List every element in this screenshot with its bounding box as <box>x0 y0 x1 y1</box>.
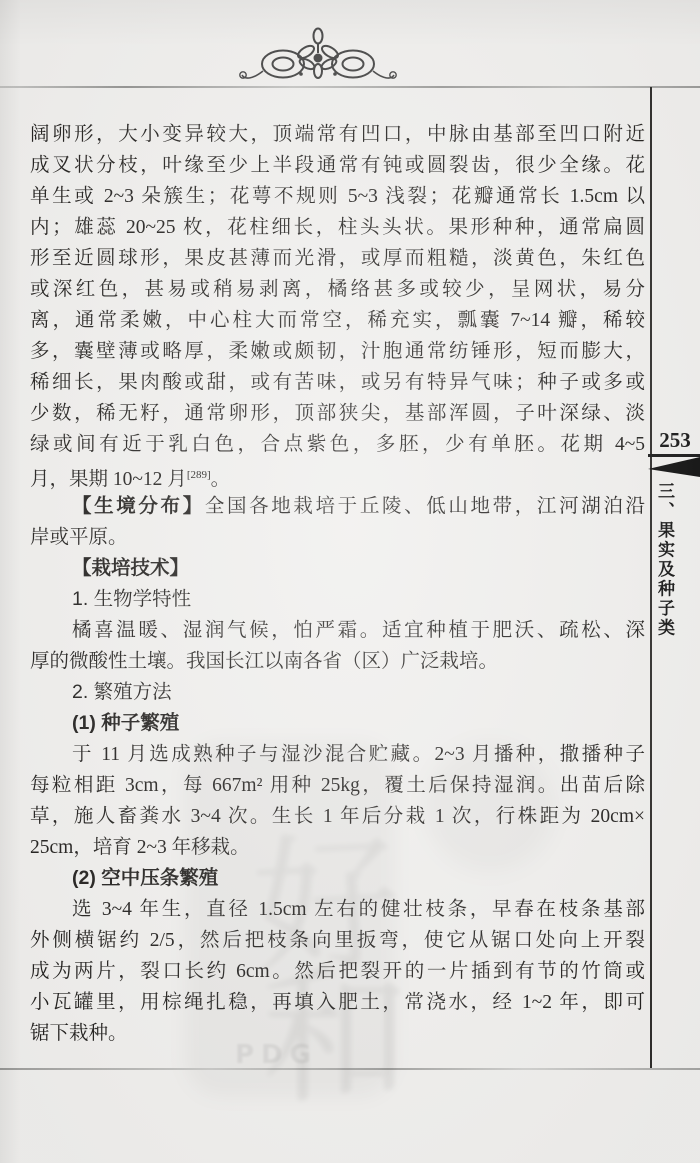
text-line: (2) 空中压条繁殖 <box>30 863 645 894</box>
text-line: 多，囊壁薄或略厚，柔嫩或颇韧，汁胞通常纺锤形，短而膨大， <box>30 336 645 367</box>
body-text: 。 <box>211 469 231 490</box>
text-line: 或深红色，甚易或稍易剥离，橘络甚多或较少，呈网状，易分 <box>30 274 645 305</box>
body-text: 月，果期 10~12 月 <box>30 469 187 490</box>
text-line: 于 11 月选成熟种子与湿沙混合贮藏。2~3 月播种，撒播种子 <box>30 739 645 770</box>
body-text: 岸或平原。 <box>30 527 128 548</box>
body-text: 形至近圆球形，果皮甚薄而光滑，或厚而粗糙，淡黄色，朱红色 <box>30 248 645 269</box>
text-line: 25cm，培育 2~3 年移栽。 <box>30 832 645 863</box>
body-text: 锯下栽种。 <box>30 1023 128 1044</box>
fleuron-ornament-icon <box>233 26 403 88</box>
body-text: 离，通常柔嫩，中心柱大而常空，稀充实，瓢囊 7~14 瓣，稀较 <box>30 310 645 331</box>
text-line: 离，通常柔嫩，中心柱大而常空，稀充实，瓢囊 7~14 瓣，稀较 <box>30 305 645 336</box>
text-line: (1) 种子繁殖 <box>30 708 645 739</box>
section-tab-wedge-icon <box>648 457 700 478</box>
text-line: 【生境分布】全国各地栽培于丘陵、低山地带，江河湖泊沿 <box>30 491 645 522</box>
text-line: 月，果期 10~12 月[289]。 <box>30 460 645 491</box>
body-text: 或深红色，甚易或稍易剥离，橘络甚多或较少，呈网状，易分 <box>30 279 645 300</box>
heading-text: 2. 繁殖方法 <box>72 681 172 703</box>
text-line: 锯下栽种。 <box>30 1018 645 1049</box>
body-text: 外侧横锯约 2/5，然后把枝条向里扳弯，使它从锯口处向上开裂 <box>30 930 645 951</box>
text-line: 【栽培技术】 <box>30 553 645 584</box>
body-text: 小瓦罐里，用棕绳扎稳，再填入肥土，常浇水，经 1~2 年，即可 <box>30 992 645 1013</box>
body-text: 每粒相距 3cm，每 667m² 用种 25kg，覆土后保持湿润。出苗后除 <box>30 775 645 796</box>
body-text: 成为两片，裂口长约 6cm。然后把裂开的一片插到有节的竹筒或 <box>30 961 645 982</box>
heading-text: (1) 种子繁殖 <box>72 712 179 734</box>
body-text: 绿或间有近于乳白色，合点紫色，多胚，少有单胚。花期 4~5 <box>30 434 645 455</box>
text-line: 小瓦罐里，用棕绳扎稳，再填入肥土，常浇水，经 1~2 年，即可 <box>30 987 645 1018</box>
text-line: 形至近圆球形，果皮甚薄而光滑，或厚而粗糙，淡黄色，朱红色 <box>30 243 645 274</box>
text-line: 草，施人畜粪水 3~4 次。生长 1 年后分栽 1 次，行株距为 20cm× <box>30 801 645 832</box>
body-text: 少数，稀无籽，通常卵形，顶部狭尖，基部浑圆，子叶深绿、淡 <box>30 403 645 424</box>
body-text: 内；雄蕊 20~25 枚，花柱细长，柱头头状。果形种种，通常扁圆 <box>30 217 645 238</box>
text-line: 橘喜温暖、湿润气候，怕严霜。适宜种植于肥沃、疏松、深 <box>30 615 645 646</box>
text-line: 岸或平原。 <box>30 522 645 553</box>
text-line: 单生或 2~3 朵簇生；花萼不规则 5~3 浅裂；花瓣通常长 1.5cm 以 <box>30 181 645 212</box>
body-text: 单生或 2~3 朵簇生；花萼不规则 5~3 浅裂；花瓣通常长 1.5cm 以 <box>30 186 645 207</box>
heading-text: (2) 空中压条繁殖 <box>72 867 218 889</box>
text-line: 成叉状分枝，叶缘至少上半段通常有钝或圆裂齿，很少全缘。花 <box>30 150 645 181</box>
body-text: 草，施人畜粪水 3~4 次。生长 1 年后分栽 1 次，行株距为 20cm× <box>30 806 645 827</box>
body-text: 25cm，培育 2~3 年移栽。 <box>30 837 250 858</box>
text-line: 1. 生物学特性 <box>30 584 645 615</box>
heading-text: 1. 生物学特性 <box>72 588 191 610</box>
text-line: 外侧横锯约 2/5，然后把枝条向里扳弯，使它从锯口处向上开裂 <box>30 925 645 956</box>
text-line: 每粒相距 3cm，每 667m² 用种 25kg，覆土后保持湿润。出苗后除 <box>30 770 645 801</box>
body-text: 多，囊壁薄或略厚，柔嫩或颇韧，汁胞通常纺锤形，短而膨大， <box>30 341 645 362</box>
text-line: 阔卵形，大小变异较大，顶端常有凹口，中脉由基部至凹口附近 <box>30 119 645 150</box>
text-line: 2. 繁殖方法 <box>30 677 645 708</box>
text-line: 内；雄蕊 20~25 枚，花柱细长，柱头头状。果形种种，通常扁圆 <box>30 212 645 243</box>
scanned-book-page: 阔卵形，大小变异较大，顶端常有凹口，中脉由基部至凹口附近成叉状分枝，叶缘至少上半… <box>0 0 700 1163</box>
text-line: 厚的微酸性土壤。我国长江以南各省（区）广泛栽培。 <box>30 646 645 677</box>
text-block: 阔卵形，大小变异较大，顶端常有凹口，中脉由基部至凹口附近成叉状分枝，叶缘至少上半… <box>30 119 645 1049</box>
body-text: 厚的微酸性土壤。我国长江以南各省（区）广泛栽培。 <box>30 651 498 672</box>
body-text: 成叉状分枝，叶缘至少上半段通常有钝或圆裂齿，很少全缘。花 <box>30 155 645 176</box>
page-number: 253 <box>652 427 698 453</box>
heading-text: 【栽培技术】 <box>72 557 189 579</box>
text-line: 选 3~4 年生，直径 1.5cm 左右的健壮枝条，早春在枝条基部 <box>30 894 645 925</box>
body-text: 阔卵形，大小变异较大，顶端常有凹口，中脉由基部至凹口附近 <box>30 124 645 145</box>
text-line: 绿或间有近于乳白色，合点紫色，多胚，少有单胚。花期 4~5 <box>30 429 645 460</box>
reference-superscript: [289] <box>187 469 211 481</box>
section-tab-label: 三、果实及种子类 <box>649 482 679 672</box>
text-line: 稀细长，果肉酸或甜，或有苦味，或另有特异气味；种子或多或 <box>30 367 645 398</box>
body-text: 全国各地栽培于丘陵、低山地带，江河湖泊沿 <box>205 496 645 517</box>
body-text: 选 3~4 年生，直径 1.5cm 左右的健壮枝条，早春在枝条基部 <box>72 899 645 920</box>
top-rule <box>0 86 700 88</box>
body-text: 于 11 月选成熟种子与湿沙混合贮藏。2~3 月播种，撒播种子 <box>72 744 645 765</box>
body-text: 橘喜温暖、湿润气候，怕严霜。适宜种植于肥沃、疏松、深 <box>72 620 645 641</box>
text-line: 少数，稀无籽，通常卵形，顶部狭尖，基部浑圆，子叶深绿、淡 <box>30 398 645 429</box>
text-line: 成为两片，裂口长约 6cm。然后把裂开的一片插到有节的竹筒或 <box>30 956 645 987</box>
bottom-rule <box>0 1068 700 1070</box>
heading-text: 【生境分布】 <box>72 495 205 517</box>
body-text: 稀细长，果肉酸或甜，或有苦味，或另有特异气味；种子或多或 <box>30 372 645 393</box>
